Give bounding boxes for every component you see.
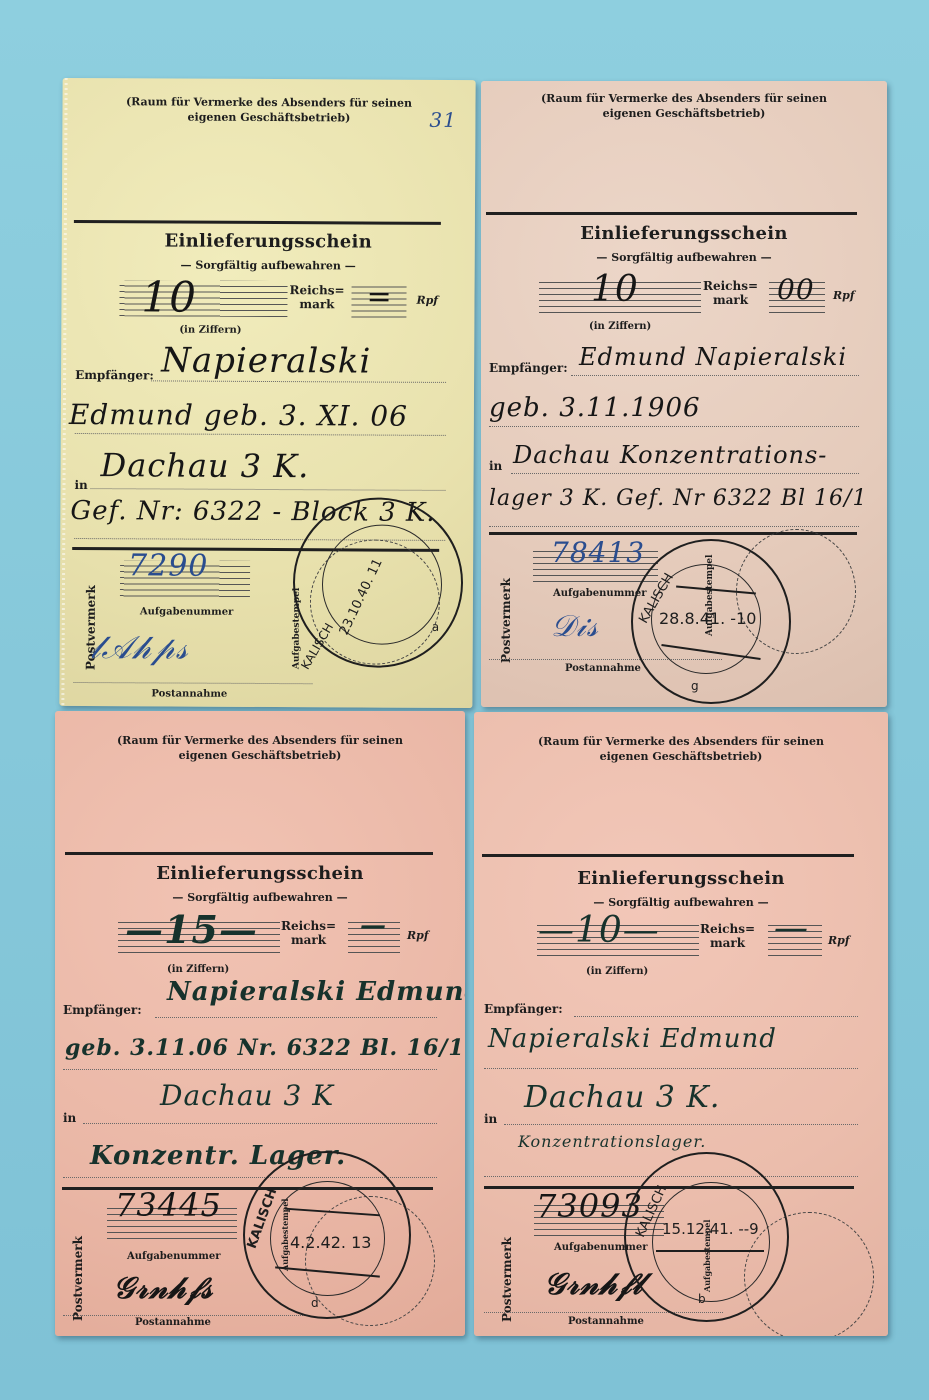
receipt-card-1: (Raum für Vermerke des Absenders für sei… — [59, 78, 475, 708]
form-subtitle: — Sorgfältig aufbewahren — — [62, 258, 475, 273]
receipt-card-2: (Raum für Vermerke des Absenders für sei… — [481, 81, 887, 707]
recipient-line2: geb. 3.11.06 Nr. 6322 Bl. 16/1 — [65, 1035, 465, 1061]
in-label: in — [489, 459, 502, 473]
rpf-label: Rpf — [833, 289, 855, 302]
form-subtitle: — Sorgfältig aufbewahren — — [55, 891, 465, 904]
corner-mark: 31 — [429, 108, 457, 132]
in-label: in — [484, 1112, 497, 1126]
in-ziffern-label: (in Ziffern) — [179, 325, 241, 336]
rpf-label: Rpf — [828, 934, 850, 947]
rpf-label: Rpf — [416, 294, 438, 307]
divider — [486, 212, 857, 215]
form-title: Einlieferungsschein — [474, 868, 888, 889]
recipient-label: Empfänger: — [489, 361, 568, 375]
sender-note: (Raum für Vermerke des Absenders für sei… — [62, 94, 475, 126]
dotted-line — [504, 1124, 858, 1125]
signature: 𝒟𝒾𝓈 — [551, 609, 599, 644]
aufgabenummer-value: 73445 — [115, 1186, 222, 1224]
divider — [65, 852, 433, 855]
amount-rpf-value: = — [366, 280, 392, 315]
reichsmark-label: Reichs=mark — [281, 919, 336, 947]
dotted-line — [155, 1017, 437, 1018]
postmark-letter: b — [698, 1292, 706, 1306]
signature: 𝒢𝓇𝓃𝒽𝒻𝓈 — [113, 1271, 213, 1306]
recipient-line1: Edmund Napieralski — [579, 343, 847, 371]
amount-rm-value: —10— — [538, 910, 660, 951]
receipt-card-4: (Raum für Vermerke des Absenders für sei… — [474, 712, 888, 1336]
dotted-line — [574, 1016, 858, 1017]
recipient-label: Empfänger: — [75, 368, 154, 382]
divider — [482, 854, 854, 857]
aufgabestempel-label: Aufgabestempel — [702, 1220, 712, 1292]
amount-rm-value: 10 — [141, 272, 197, 321]
sender-note-line2: eigenen Geschäftsbetrieb) — [92, 109, 445, 126]
postannahme-label: Postannahme — [151, 688, 227, 699]
postmark-date: 4.2.42. 13 — [290, 1233, 371, 1252]
aufgabenummer-label: Aufgabenummer — [127, 1251, 221, 1262]
dotted-line — [489, 426, 859, 427]
dotted-line — [63, 1069, 437, 1070]
reichsmark-label: Reichs=mark — [700, 922, 755, 950]
postmark-letter: d — [311, 1296, 319, 1310]
dotted-line — [90, 488, 445, 491]
postvermerk-label: Postvermerk — [71, 1236, 85, 1321]
postmark-letter: g — [691, 679, 699, 693]
in-ziffern-label: (in Ziffern) — [167, 964, 229, 975]
place-line1: Dachau Konzentrations- — [513, 441, 827, 469]
sender-note-line1: (Raum für Vermerke des Absenders für sei… — [92, 94, 445, 111]
postannahme-label: Postannahme — [565, 663, 641, 674]
rpf-label: Rpf — [407, 929, 429, 942]
place-line2: Konzentrationslager. — [518, 1132, 706, 1151]
aufgabenummer-label: Aufgabenummer — [140, 606, 234, 617]
form-subtitle: — Sorgfältig aufbewahren — — [474, 896, 888, 909]
dotted-line — [484, 1068, 858, 1069]
aufgabestempel-label: Aufgabestempel — [705, 555, 715, 636]
sender-note: (Raum für Vermerke des Absenders für sei… — [55, 733, 465, 763]
dotted-line — [73, 682, 312, 684]
reichsmark-label: Reichs=mark — [703, 279, 758, 307]
sender-note: (Raum für Vermerke des Absenders für sei… — [474, 734, 888, 764]
dotted-line — [83, 1123, 437, 1124]
perforation-edge — [61, 78, 67, 706]
aufgabenummer-label: Aufgabenummer — [553, 588, 647, 599]
divider — [74, 220, 441, 225]
dotted-line — [511, 473, 859, 474]
amount-rm-value: —15— — [125, 907, 258, 952]
recipient-line2: Edmund geb. 3. XI. 06 — [69, 398, 408, 433]
signature: 𝓁𝒜𝒽𝓅𝓈 — [90, 628, 189, 668]
recipient-line1: Napieralski Edmund — [167, 977, 465, 1007]
in-ziffern-label: (in Ziffern) — [589, 321, 651, 332]
form-title: Einlieferungsschein — [481, 223, 887, 244]
in-ziffern-label: (in Ziffern) — [586, 966, 648, 977]
form-title: Einlieferungsschein — [55, 863, 465, 884]
postvermerk-label: Postvermerk — [499, 578, 513, 663]
amount-rpf-value: — — [360, 911, 387, 941]
dotted-line — [489, 526, 859, 527]
aufgabenummer-value: 78413 — [551, 536, 645, 569]
place-line1: Dachau 3 K. — [101, 446, 310, 485]
dotted-line — [571, 375, 859, 376]
place-line1: Dachau 3 K — [160, 1079, 334, 1112]
in-label: in — [74, 478, 87, 492]
postvermerk-label: Postvermerk — [500, 1237, 514, 1322]
signature: 𝒢𝓇𝓃𝒽𝒻𝓁 — [544, 1267, 643, 1302]
place-line1: Dachau 3 K. — [524, 1080, 720, 1115]
form-subtitle: — Sorgfältig aufbewahren — — [481, 251, 887, 264]
postmark-letter: a — [432, 620, 439, 634]
in-label: in — [63, 1111, 76, 1125]
recipient-label: Empfänger: — [484, 1002, 563, 1016]
amount-rpf-value: — — [774, 908, 809, 948]
aufgabenummer-value: 7290 — [128, 548, 209, 583]
aufgabestempel-label: Aufgabestempel — [280, 1199, 290, 1271]
recipient-label: Empfänger: — [63, 1003, 142, 1017]
postannahme-label: Postannahme — [568, 1316, 644, 1327]
recipient-line1: Napieralski — [161, 340, 371, 381]
dotted-line — [63, 1315, 305, 1316]
place-line2: lager 3 K. Gef. Nr 6322 Bl 16/1 — [489, 486, 867, 511]
recipient-line1: Napieralski Edmund — [488, 1024, 777, 1054]
receipt-card-3: (Raum für Vermerke des Absenders für sei… — [55, 711, 465, 1336]
dotted-line — [75, 433, 446, 436]
recipient-line2: geb. 3.11.1906 — [489, 393, 701, 423]
sender-note: (Raum für Vermerke des Absenders für sei… — [481, 91, 887, 121]
amount-rpf-value: 00 — [777, 273, 815, 306]
postannahme-label: Postannahme — [135, 1317, 211, 1328]
amount-rm-value: 10 — [591, 269, 639, 310]
reichsmark-label: Reichs=mark — [289, 283, 344, 311]
form-title: Einlieferungsschein — [62, 230, 475, 253]
